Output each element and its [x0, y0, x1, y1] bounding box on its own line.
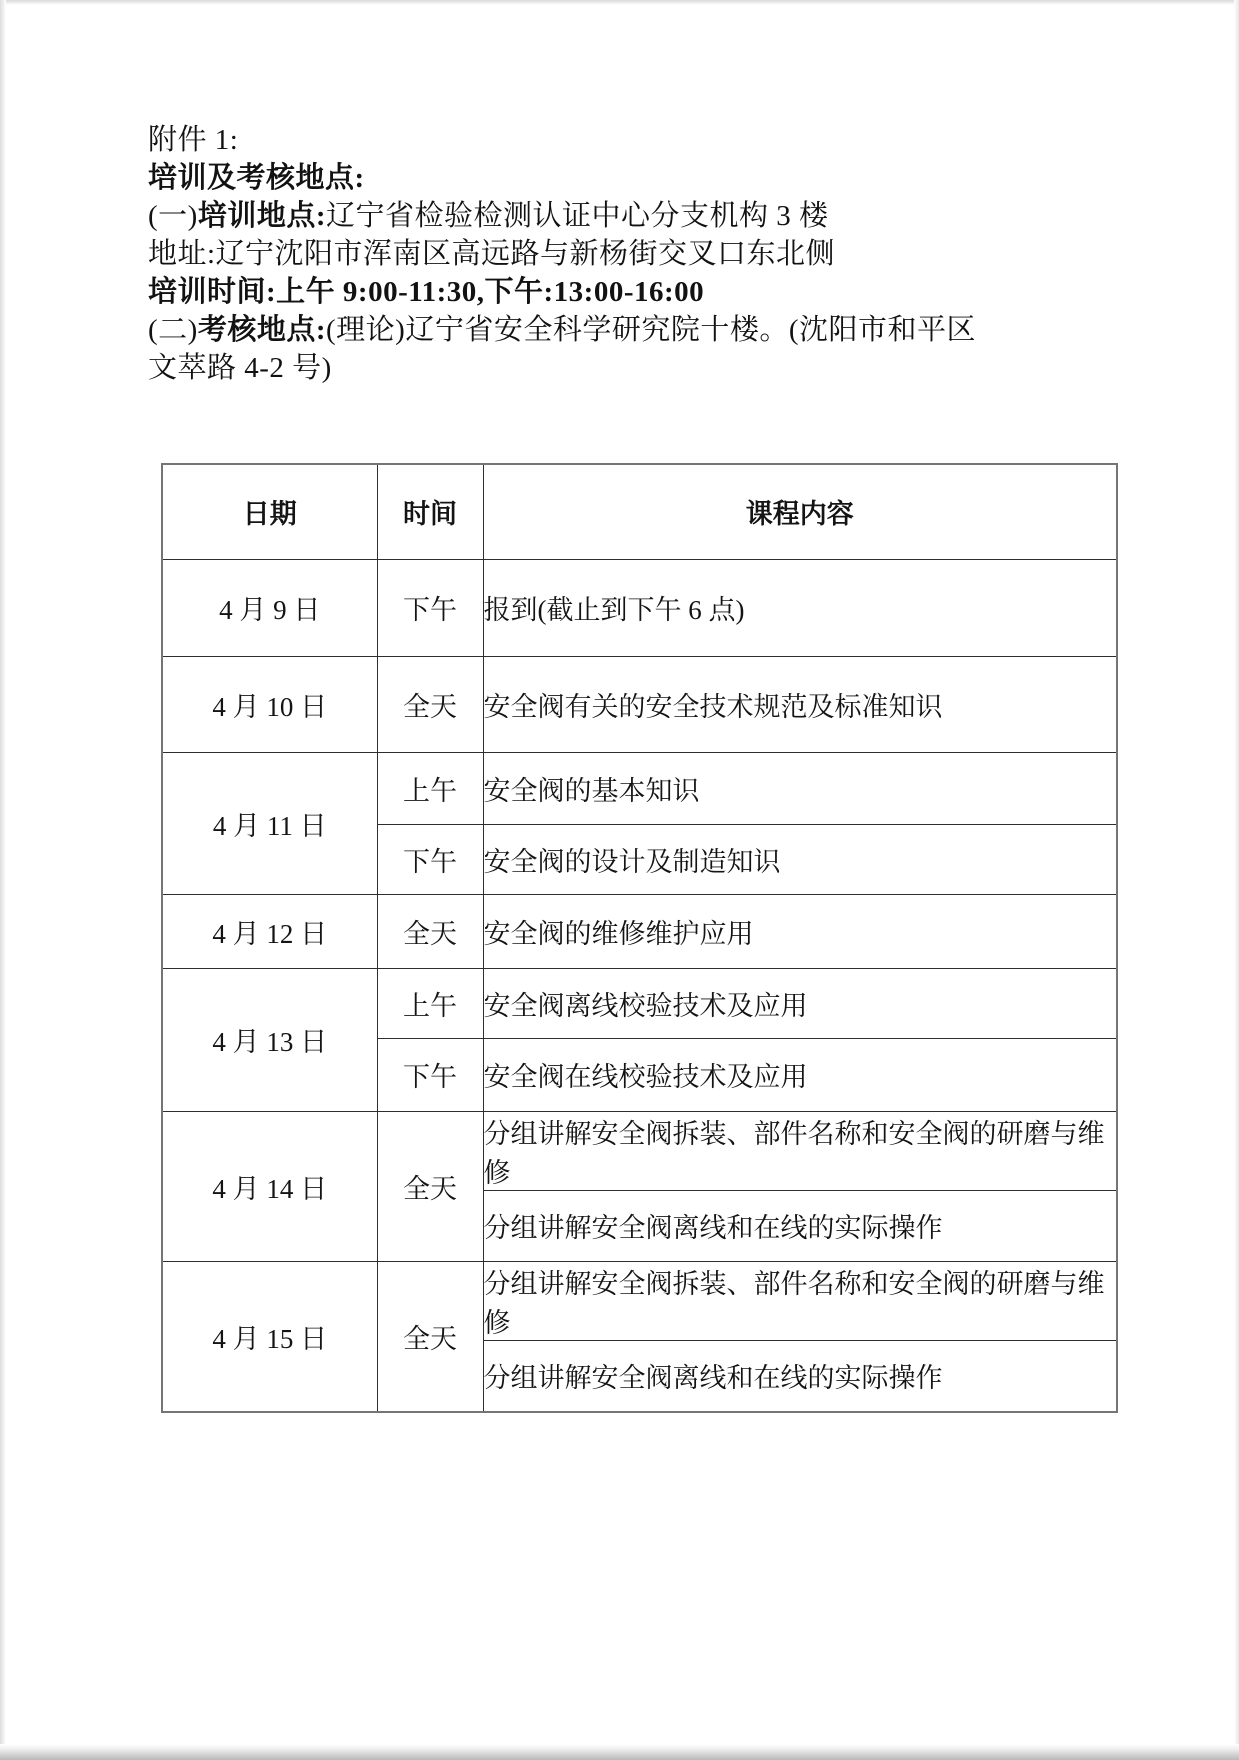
cell-content: 安全阀离线校验技术及应用: [483, 968, 1117, 1038]
table-row: 4 月 11 日 上午 安全阀的基本知识: [162, 752, 1117, 824]
cell-content: 安全阀有关的安全技术规范及标准知识: [483, 656, 1117, 752]
cell-content: 分组讲解安全阀拆装、部件名称和安全阀的研磨与维修: [483, 1261, 1117, 1340]
exam-location-line: (二)考核地点:(理论)辽宁省安全科学研究院十楼。(沈阳市和平区: [148, 311, 1118, 349]
table-row: 4 月 14 日 全天 分组讲解安全阀拆装、部件名称和安全阀的研磨与维修: [162, 1111, 1117, 1190]
cell-time: 下午: [377, 824, 483, 894]
cell-content: 安全阀在线校验技术及应用: [483, 1038, 1117, 1111]
table-row: 4 月 13 日 上午 安全阀离线校验技术及应用: [162, 968, 1117, 1038]
training-time-line: 培训时间:上午 9:00-11:30,下午:13:00-16:00: [148, 273, 1118, 311]
cell-date: 4 月 14 日: [162, 1111, 377, 1261]
section-title: 培训及考核地点:: [148, 159, 1118, 197]
cell-date: 4 月 11 日: [162, 752, 377, 894]
cell-date: 4 月 10 日: [162, 656, 377, 752]
schedule-table: 日期 时间 课程内容 4 月 9 日 下午 报到(截止到下午 6 点) 4 月 …: [161, 463, 1118, 1413]
table-header-row: 日期 时间 课程内容: [162, 464, 1117, 559]
table-row: 4 月 12 日 全天 安全阀的维修维护应用: [162, 894, 1117, 968]
cell-date: 4 月 13 日: [162, 968, 377, 1111]
scan-edge-right: [1234, 0, 1239, 1760]
cell-content: 安全阀的维修维护应用: [483, 894, 1117, 968]
document-page: 附件 1: 培训及考核地点: (一)培训地点:辽宁省检验检测认证中心分支机构 3…: [0, 0, 1239, 1760]
cell-time: 全天: [377, 656, 483, 752]
cell-content: 安全阀的基本知识: [483, 752, 1117, 824]
cell-content: 报到(截止到下午 6 点): [483, 559, 1117, 656]
header-time: 时间: [377, 464, 483, 559]
cell-date: 4 月 9 日: [162, 559, 377, 656]
header-date: 日期: [162, 464, 377, 559]
cell-time: 上午: [377, 968, 483, 1038]
scan-edge-bottom: [0, 1744, 1239, 1760]
cell-time: 全天: [377, 1261, 483, 1412]
table-row: 4 月 10 日 全天 安全阀有关的安全技术规范及标准知识: [162, 656, 1117, 752]
table-row: 4 月 9 日 下午 报到(截止到下午 6 点): [162, 559, 1117, 656]
attachment-label: 附件 1:: [148, 121, 1118, 159]
cell-time: 下午: [377, 559, 483, 656]
cell-time: 下午: [377, 1038, 483, 1111]
cell-date: 4 月 15 日: [162, 1261, 377, 1412]
cell-time: 全天: [377, 1111, 483, 1261]
cell-content: 安全阀的设计及制造知识: [483, 824, 1117, 894]
cell-time: 全天: [377, 894, 483, 968]
intro-text-block: 附件 1: 培训及考核地点: (一)培训地点:辽宁省检验检测认证中心分支机构 3…: [148, 121, 1118, 387]
scan-edge-top: [0, 0, 1239, 5]
table-row: 4 月 15 日 全天 分组讲解安全阀拆装、部件名称和安全阀的研磨与维修: [162, 1261, 1117, 1340]
address-line: 地址:辽宁沈阳市浑南区高远路与新杨街交叉口东北侧: [148, 235, 1118, 273]
cell-content: 分组讲解安全阀离线和在线的实际操作: [483, 1340, 1117, 1412]
cell-content: 分组讲解安全阀拆装、部件名称和安全阀的研磨与维修: [483, 1111, 1117, 1190]
cell-time: 上午: [377, 752, 483, 824]
scan-edge-left: [0, 0, 6, 1760]
cell-content: 分组讲解安全阀离线和在线的实际操作: [483, 1190, 1117, 1261]
header-content: 课程内容: [483, 464, 1117, 559]
exam-location-line-2: 文萃路 4-2 号): [148, 349, 1118, 387]
training-location-line: (一)培训地点:辽宁省检验检测认证中心分支机构 3 楼: [148, 197, 1118, 235]
cell-date: 4 月 12 日: [162, 894, 377, 968]
